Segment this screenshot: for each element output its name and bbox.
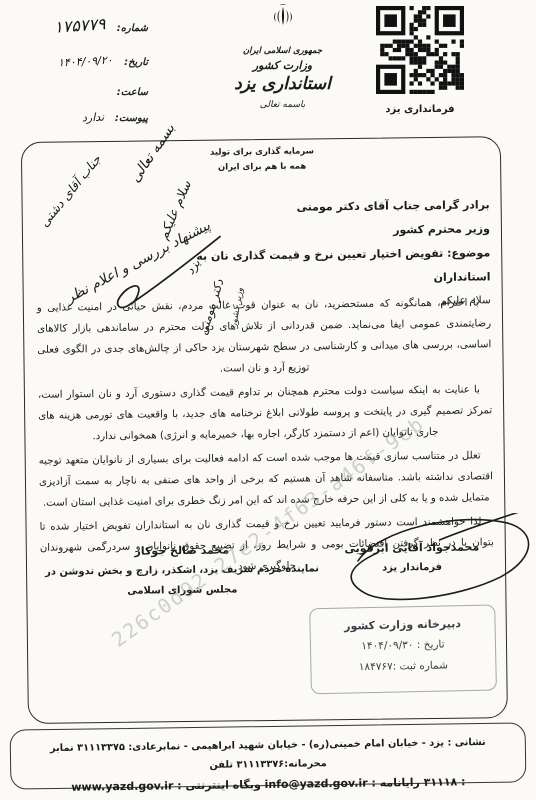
governor-name: محمدجواد آقایی ابرقویی [332, 537, 492, 559]
handwritten-signature-icon [110, 233, 226, 319]
governor-title: فرماندار یزد [332, 557, 492, 579]
slogan: سرمایه گذاری برای تولید همه با هم برای ا… [172, 144, 352, 176]
body-paragraph: تعلل در متناسب سازی قیمت ها موجب شده است… [39, 445, 494, 514]
registry-stamp: دبیرخانه وزارت کشور تاریخ : ۱۴۰۴/۰۹/۳۰ ش… [309, 604, 497, 694]
letter-content: سرمایه گذاری برای تولید همه با هم برای ا… [0, 0, 536, 800]
signature-governor: محمدجواد آقایی ابرقویی فرماندار یزد [332, 537, 493, 599]
scanned-letter-page: شماره: ۱۷۵۷۷۹ تاریخ: ۱۴۰۴/۰۹/۲۰ ساعت: پی… [0, 0, 536, 800]
footer-contact-box: نشانی : یزد - خیابان امام خمینی(ره) - خی… [10, 722, 527, 789]
slogan-line2: همه با هم برای ایران [172, 159, 352, 176]
body-paragraph: با احترام، همانگونه که مستحضرید، نان به … [37, 292, 492, 382]
stamp-reg-number: شماره ثبت :۱۸۴۷۶۷ [311, 654, 495, 679]
body-paragraph: با عنایت به اینکه سیاست دولت محترم همچنا… [38, 379, 493, 448]
